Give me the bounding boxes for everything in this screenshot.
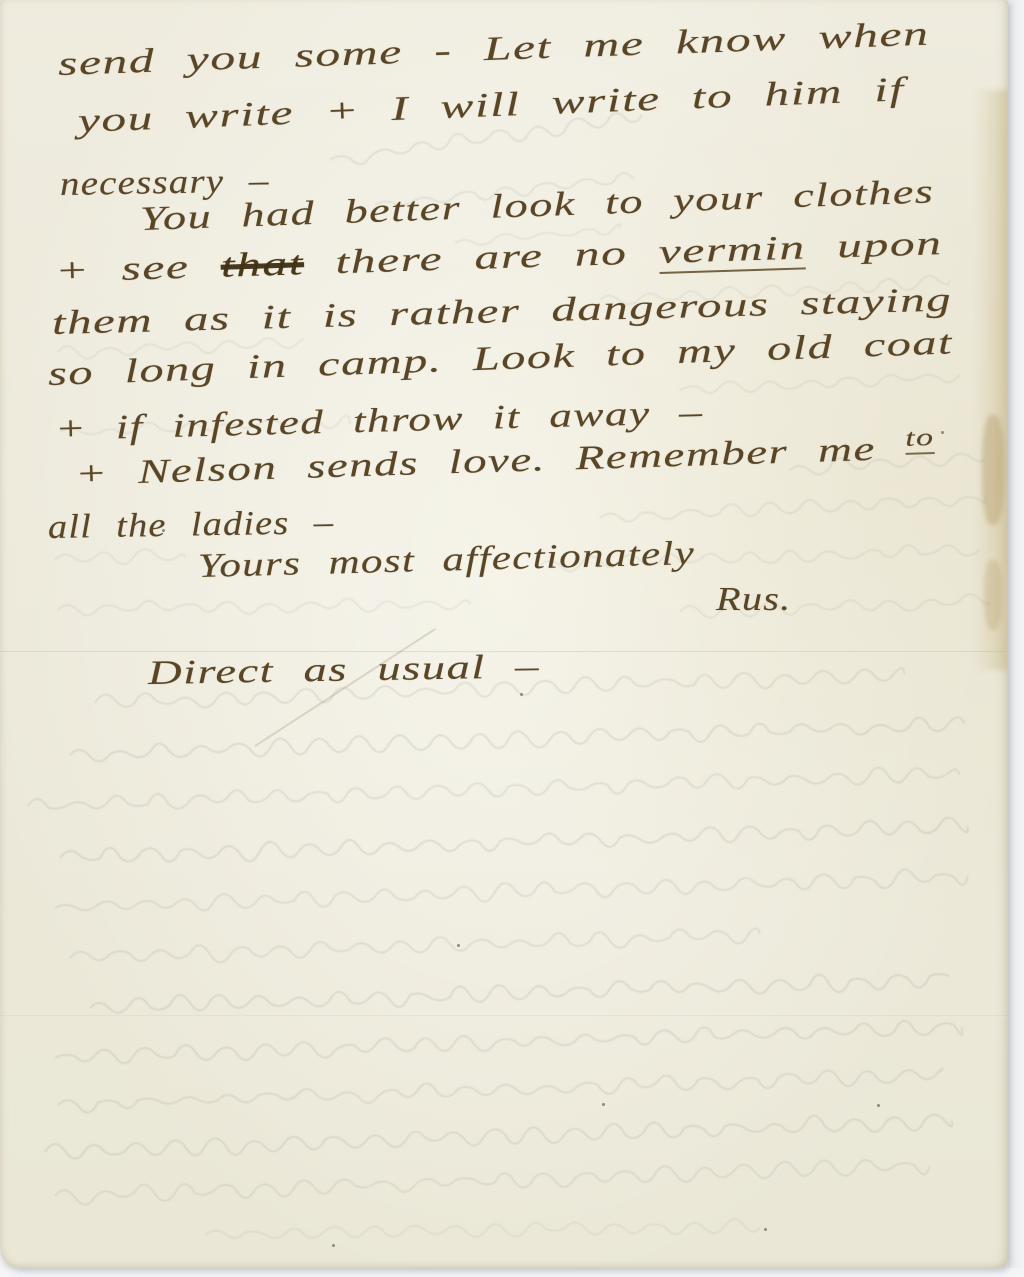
scanned-letter: { "document": { "kind": "handwritten let… bbox=[0, 0, 1024, 1277]
scan-background-right bbox=[1008, 0, 1024, 1277]
letter-line-1: send you some - Let me know when bbox=[57, 16, 930, 84]
letter-line-13: Direct as usual – bbox=[148, 648, 541, 693]
ink-speck bbox=[520, 693, 523, 696]
ink-speck bbox=[877, 1104, 880, 1107]
letter-line-10: all the ladies – bbox=[48, 504, 335, 547]
blotted-word: that bbox=[220, 245, 304, 285]
letter-line-12: Rus. bbox=[716, 581, 791, 619]
ink-speck bbox=[162, 529, 165, 532]
ink-speck bbox=[602, 1103, 605, 1106]
scan-background-bottom bbox=[0, 1268, 1024, 1277]
underlined-word: vermin bbox=[658, 229, 806, 274]
ink-speck bbox=[457, 944, 460, 947]
ink-speck bbox=[764, 1228, 767, 1231]
ink-speck bbox=[332, 1244, 335, 1247]
letter-body: send you some - Let me know whenyou writ… bbox=[0, 0, 1008, 1268]
ink-speck bbox=[941, 431, 944, 434]
letter-line-2: you write + I will write to him if bbox=[77, 71, 905, 141]
raised-word: to bbox=[905, 424, 935, 455]
letter-page: send you some - Let me know whenyou writ… bbox=[0, 0, 1008, 1268]
